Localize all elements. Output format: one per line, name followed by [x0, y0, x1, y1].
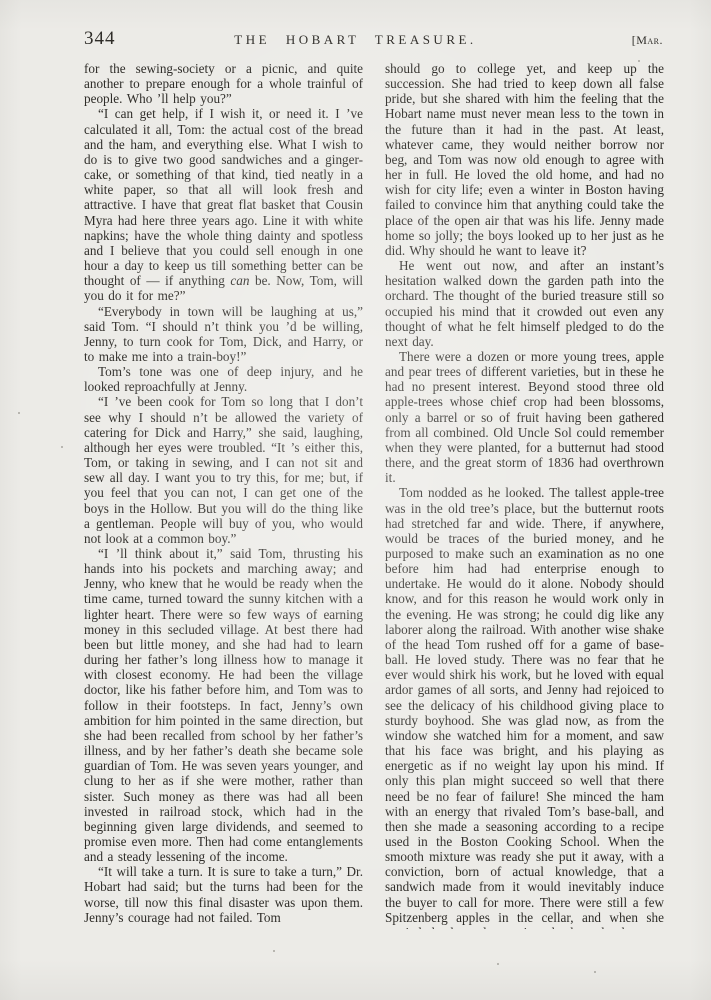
paragraph: “It will take a turn. It is sure to take… — [84, 864, 363, 925]
paragraph: should go to college yet, and keep up th… — [385, 61, 664, 258]
paragraph: He went out now, and after an instant’s … — [385, 258, 664, 349]
paragraph: There were a dozen or more young trees, … — [385, 349, 664, 485]
issue-label: [Mar. — [632, 33, 663, 48]
scan-speck — [61, 446, 63, 448]
scan-speck — [638, 60, 640, 62]
paragraph: for the sewing-society or a picnic, and … — [84, 61, 363, 106]
paragraph: “Everybody in town will be laughing at u… — [84, 304, 363, 365]
paragraph: “I ’ve been cook for Tom so long that I … — [84, 394, 363, 546]
text-column-right: should go to college yet, and keep up th… — [385, 61, 664, 929]
paragraph: “I can get help, if I wish it, or need i… — [84, 106, 363, 303]
page-header: 344 THE HOBART TREASURE. [Mar. — [0, 26, 711, 56]
paragraph: Tom nodded as he looked. The tallest app… — [385, 485, 664, 929]
running-title: THE HOBART TREASURE. — [0, 32, 711, 48]
scan-speck — [273, 950, 275, 952]
scan-speck — [594, 971, 596, 973]
text-column-left: for the sewing-society or a picnic, and … — [84, 61, 363, 929]
scan-speck — [18, 412, 20, 414]
paragraph: “I ’ll think about it,” said Tom, thrust… — [84, 546, 363, 864]
paragraph: Tom’s tone was one of deep injury, and h… — [84, 364, 363, 394]
scan-speck — [497, 963, 499, 965]
